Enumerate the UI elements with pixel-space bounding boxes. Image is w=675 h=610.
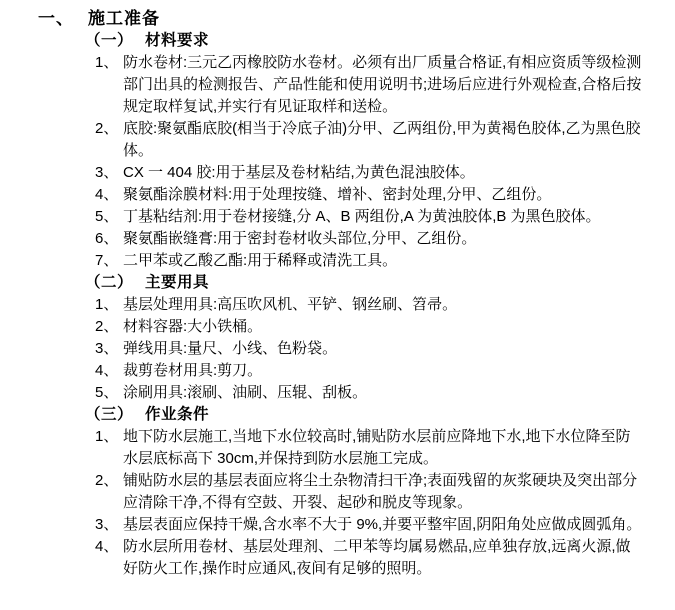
section-1-items: 1、 防水卷材:三元乙丙橡胶防水卷材。必须有出厂质量合格证,有相应资质等级检测部… <box>95 52 643 272</box>
item-number: 2、 <box>95 470 123 514</box>
list-item: 2、 材料容器:大小铁桶。 <box>95 316 643 338</box>
list-item: 3、 CX 一 404 胶:用于基层及卷材粘结,为黄色混浊胶体。 <box>95 162 643 184</box>
item-number: 3、 <box>95 162 123 184</box>
section-number: （三） <box>85 404 133 426</box>
list-item: 5、 丁基粘结剂:用于卷材接缝,分 A、B 两组份,A 为黄浊胶体,B 为黑色胶… <box>95 206 643 228</box>
section-heading-material-requirements: （一） 材料要求 <box>85 30 675 52</box>
section-title: 材料要求 <box>145 30 209 52</box>
item-number: 3、 <box>95 514 123 536</box>
item-text: 材料容器:大小铁桶。 <box>123 316 643 338</box>
item-text: 地下防水层施工,当地下水位较高时,铺贴防水层前应降地下水,地下水位降至防水层底标… <box>123 426 643 470</box>
item-text: CX 一 404 胶:用于基层及卷材粘结,为黄色混浊胶体。 <box>123 162 643 184</box>
section-3-items: 1、 地下防水层施工,当地下水位较高时,铺贴防水层前应降地下水,地下水位降至防水… <box>95 426 643 580</box>
section-title: 主要用具 <box>145 272 209 294</box>
item-number: 1、 <box>95 52 123 118</box>
item-text: 基层表面应保持干燥,含水率不大于 9%,并要平整牢固,阴阳角处应做成圆弧角。 <box>123 514 643 536</box>
item-number: 1、 <box>95 426 123 470</box>
list-item: 3、 基层表面应保持干燥,含水率不大于 9%,并要平整牢固,阴阳角处应做成圆弧角… <box>95 514 643 536</box>
item-text: 防水层所用卷材、基层处理剂、二甲苯等均属易燃品,应单独存放,远离火源,做好防火工… <box>123 536 643 580</box>
title-number: 一、 <box>38 7 88 30</box>
list-item: 4、 聚氨酯涂膜材料:用于处理按缝、增补、密封处理,分甲、乙组份。 <box>95 184 643 206</box>
section-title: 作业条件 <box>145 404 209 426</box>
item-text: 底胶:聚氨酯底胶(相当于冷底子油)分甲、乙两组份,甲为黄褐色胶体,乙为黑色胶体。 <box>123 118 643 162</box>
list-item: 7、 二甲苯或乙酸乙酯:用于稀释或清洗工具。 <box>95 250 643 272</box>
list-item: 4、 裁剪卷材用具:剪刀。 <box>95 360 643 382</box>
item-number: 3、 <box>95 338 123 360</box>
item-number: 5、 <box>95 206 123 228</box>
list-item: 1、 基层处理用具:高压吹风机、平铲、钢丝刷、笤帚。 <box>95 294 643 316</box>
section-number: （一） <box>85 30 133 52</box>
section-number: （二） <box>85 272 133 294</box>
section-heading-work-conditions: （三） 作业条件 <box>85 404 675 426</box>
item-number: 6、 <box>95 228 123 250</box>
item-text: 二甲苯或乙酸乙酯:用于稀释或清洗工具。 <box>123 250 643 272</box>
document-page: 一、 施工准备 （一） 材料要求 1、 防水卷材:三元乙丙橡胶防水卷材。必须有出… <box>0 0 675 610</box>
item-number: 4、 <box>95 360 123 382</box>
item-number: 2、 <box>95 316 123 338</box>
list-item: 4、 防水层所用卷材、基层处理剂、二甲苯等均属易燃品,应单独存放,远离火源,做好… <box>95 536 643 580</box>
item-text: 铺贴防水层的基层表面应将尘土杂物清扫干净;表面残留的灰浆硬块及突出部分应清除干净… <box>123 470 643 514</box>
section-2-items: 1、 基层处理用具:高压吹风机、平铲、钢丝刷、笤帚。 2、 材料容器:大小铁桶。… <box>95 294 643 404</box>
item-number: 2、 <box>95 118 123 162</box>
item-text: 基层处理用具:高压吹风机、平铲、钢丝刷、笤帚。 <box>123 294 643 316</box>
item-text: 涂刷用具:滚刷、油刷、压辊、刮板。 <box>123 382 643 404</box>
item-text: 聚氨酯涂膜材料:用于处理按缝、增补、密封处理,分甲、乙组份。 <box>123 184 643 206</box>
item-number: 7、 <box>95 250 123 272</box>
title-text: 施工准备 <box>88 7 160 30</box>
item-number: 4、 <box>95 536 123 580</box>
item-number: 1、 <box>95 294 123 316</box>
item-text: 聚氨酯嵌缝膏:用于密封卷材收头部位,分甲、乙组份。 <box>123 228 643 250</box>
section-heading-main-tools: （二） 主要用具 <box>85 272 675 294</box>
item-text: 防水卷材:三元乙丙橡胶防水卷材。必须有出厂质量合格证,有相应资质等级检测部门出具… <box>123 52 643 118</box>
item-text: 裁剪卷材用具:剪刀。 <box>123 360 643 382</box>
list-item: 5、 涂刷用具:滚刷、油刷、压辊、刮板。 <box>95 382 643 404</box>
list-item: 2、 铺贴防水层的基层表面应将尘土杂物清扫干净;表面残留的灰浆硬块及突出部分应清… <box>95 470 643 514</box>
item-text: 弹线用具:量尺、小线、色粉袋。 <box>123 338 643 360</box>
list-item: 1、 防水卷材:三元乙丙橡胶防水卷材。必须有出厂质量合格证,有相应资质等级检测部… <box>95 52 643 118</box>
list-item: 1、 地下防水层施工,当地下水位较高时,铺贴防水层前应降地下水,地下水位降至防水… <box>95 426 643 470</box>
list-item: 6、 聚氨酯嵌缝膏:用于密封卷材收头部位,分甲、乙组份。 <box>95 228 643 250</box>
list-item: 2、 底胶:聚氨酯底胶(相当于冷底子油)分甲、乙两组份,甲为黄褐色胶体,乙为黑色… <box>95 118 643 162</box>
list-item: 3、 弹线用具:量尺、小线、色粉袋。 <box>95 338 643 360</box>
item-text: 丁基粘结剂:用于卷材接缝,分 A、B 两组份,A 为黄浊胶体,B 为黑色胶体。 <box>123 206 643 228</box>
document-title: 一、 施工准备 <box>38 7 675 30</box>
document-body: 一、 施工准备 （一） 材料要求 1、 防水卷材:三元乙丙橡胶防水卷材。必须有出… <box>0 0 675 580</box>
item-number: 4、 <box>95 184 123 206</box>
item-number: 5、 <box>95 382 123 404</box>
